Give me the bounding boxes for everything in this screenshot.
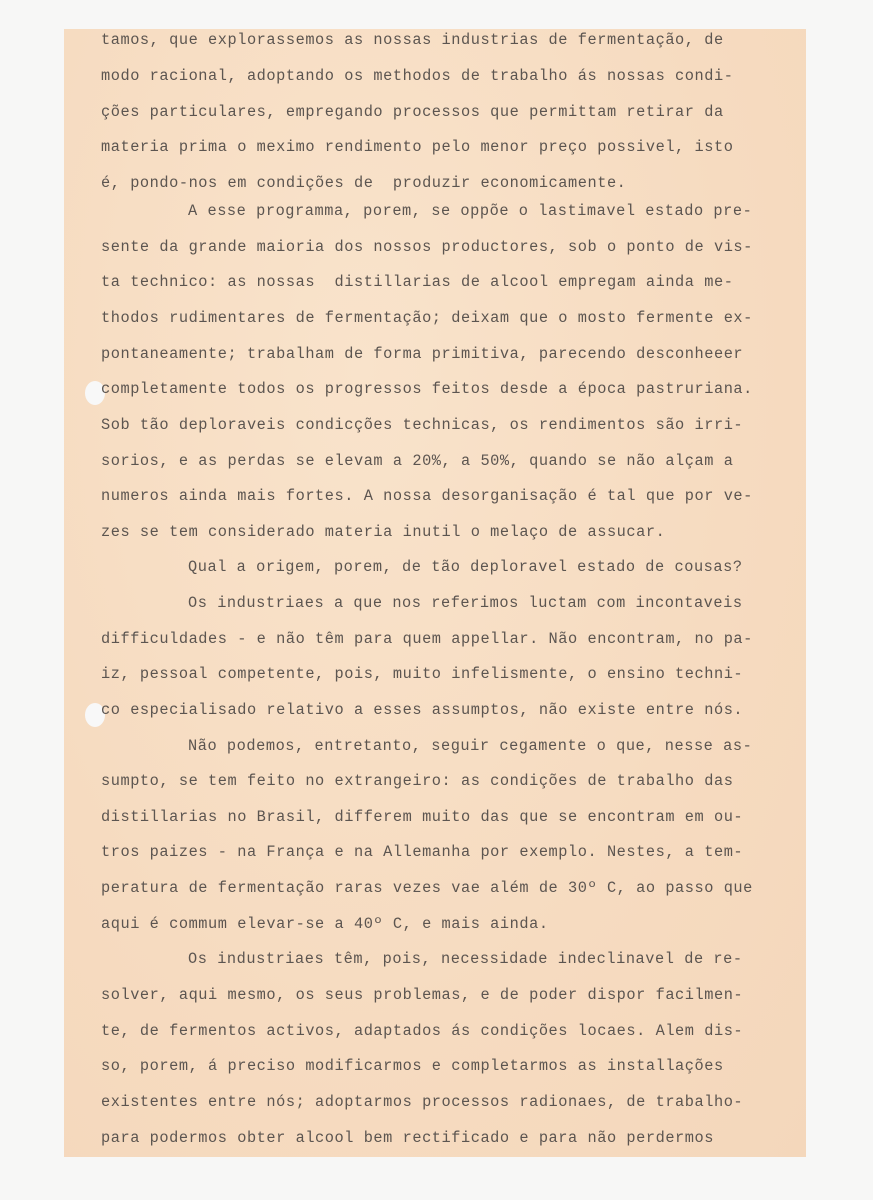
text-line: zes se tem considerado materia inutil o … — [101, 522, 665, 542]
text-line: iz, pessoal competente, pois, muito infe… — [101, 664, 743, 684]
text-line: solver, aqui mesmo, os seus problemas, e… — [101, 985, 743, 1005]
text-line: completamente todos os progressos feitos… — [101, 379, 753, 399]
text-line: Os industriaes têm, pois, necessidade in… — [188, 949, 743, 969]
text-line: numeros ainda mais fortes. A nossa desor… — [101, 486, 753, 506]
text-line: ta technico: as nossas distillarias de a… — [101, 272, 733, 292]
text-line: tros paizes - na França e na Allemanha p… — [101, 842, 743, 862]
text-line: modo racional, adoptando os methodos de … — [101, 66, 733, 86]
text-line: Os industriaes a que nos referimos lucta… — [188, 593, 743, 613]
text-line: peratura de fermentação raras vezes vae … — [101, 878, 753, 898]
text-line: pontaneamente; trabalham de forma primit… — [101, 344, 743, 364]
text-line: difficuldades - e não têm para quem appe… — [101, 629, 753, 649]
text-line: tamos, que explorassemos as nossas indus… — [101, 30, 724, 50]
text-line: para podermos obter alcool bem rectifica… — [101, 1128, 714, 1148]
text-line: sente da grande maioria dos nossos produ… — [101, 237, 753, 257]
text-line: materia prima o meximo rendimento pelo m… — [101, 137, 733, 157]
text-line: A esse programma, porem, se oppõe o last… — [188, 201, 752, 221]
text-line: so, porem, á preciso modificarmos e comp… — [101, 1056, 724, 1076]
text-line: é, pondo-nos em condições de produzir ec… — [101, 173, 626, 193]
text-line: distillarias no Brasil, differem muito d… — [101, 807, 743, 827]
text-line: ções particulares, empregando processos … — [101, 102, 724, 122]
text-line: existentes entre nós; adoptarmos process… — [101, 1092, 743, 1112]
text-line: co especialisado relativo a esses assump… — [101, 700, 743, 720]
text-line: sorios, e as perdas se elevam a 20%, a 5… — [101, 451, 733, 471]
text-line: te, de fermentos activos, adaptados ás c… — [101, 1021, 743, 1041]
text-line: Sob tão deploraveis condicções technicas… — [101, 415, 743, 435]
text-line: thodos rudimentares de fermentação; deix… — [101, 308, 753, 328]
text-line: Não podemos, entretanto, seguir cegament… — [188, 736, 752, 756]
text-line: Qual a origem, porem, de tão deploravel … — [188, 557, 743, 577]
text-line: aqui é commum elevar-se a 40º C, e mais … — [101, 914, 549, 934]
text-line: sumpto, se tem feito no extrangeiro: as … — [101, 771, 733, 791]
